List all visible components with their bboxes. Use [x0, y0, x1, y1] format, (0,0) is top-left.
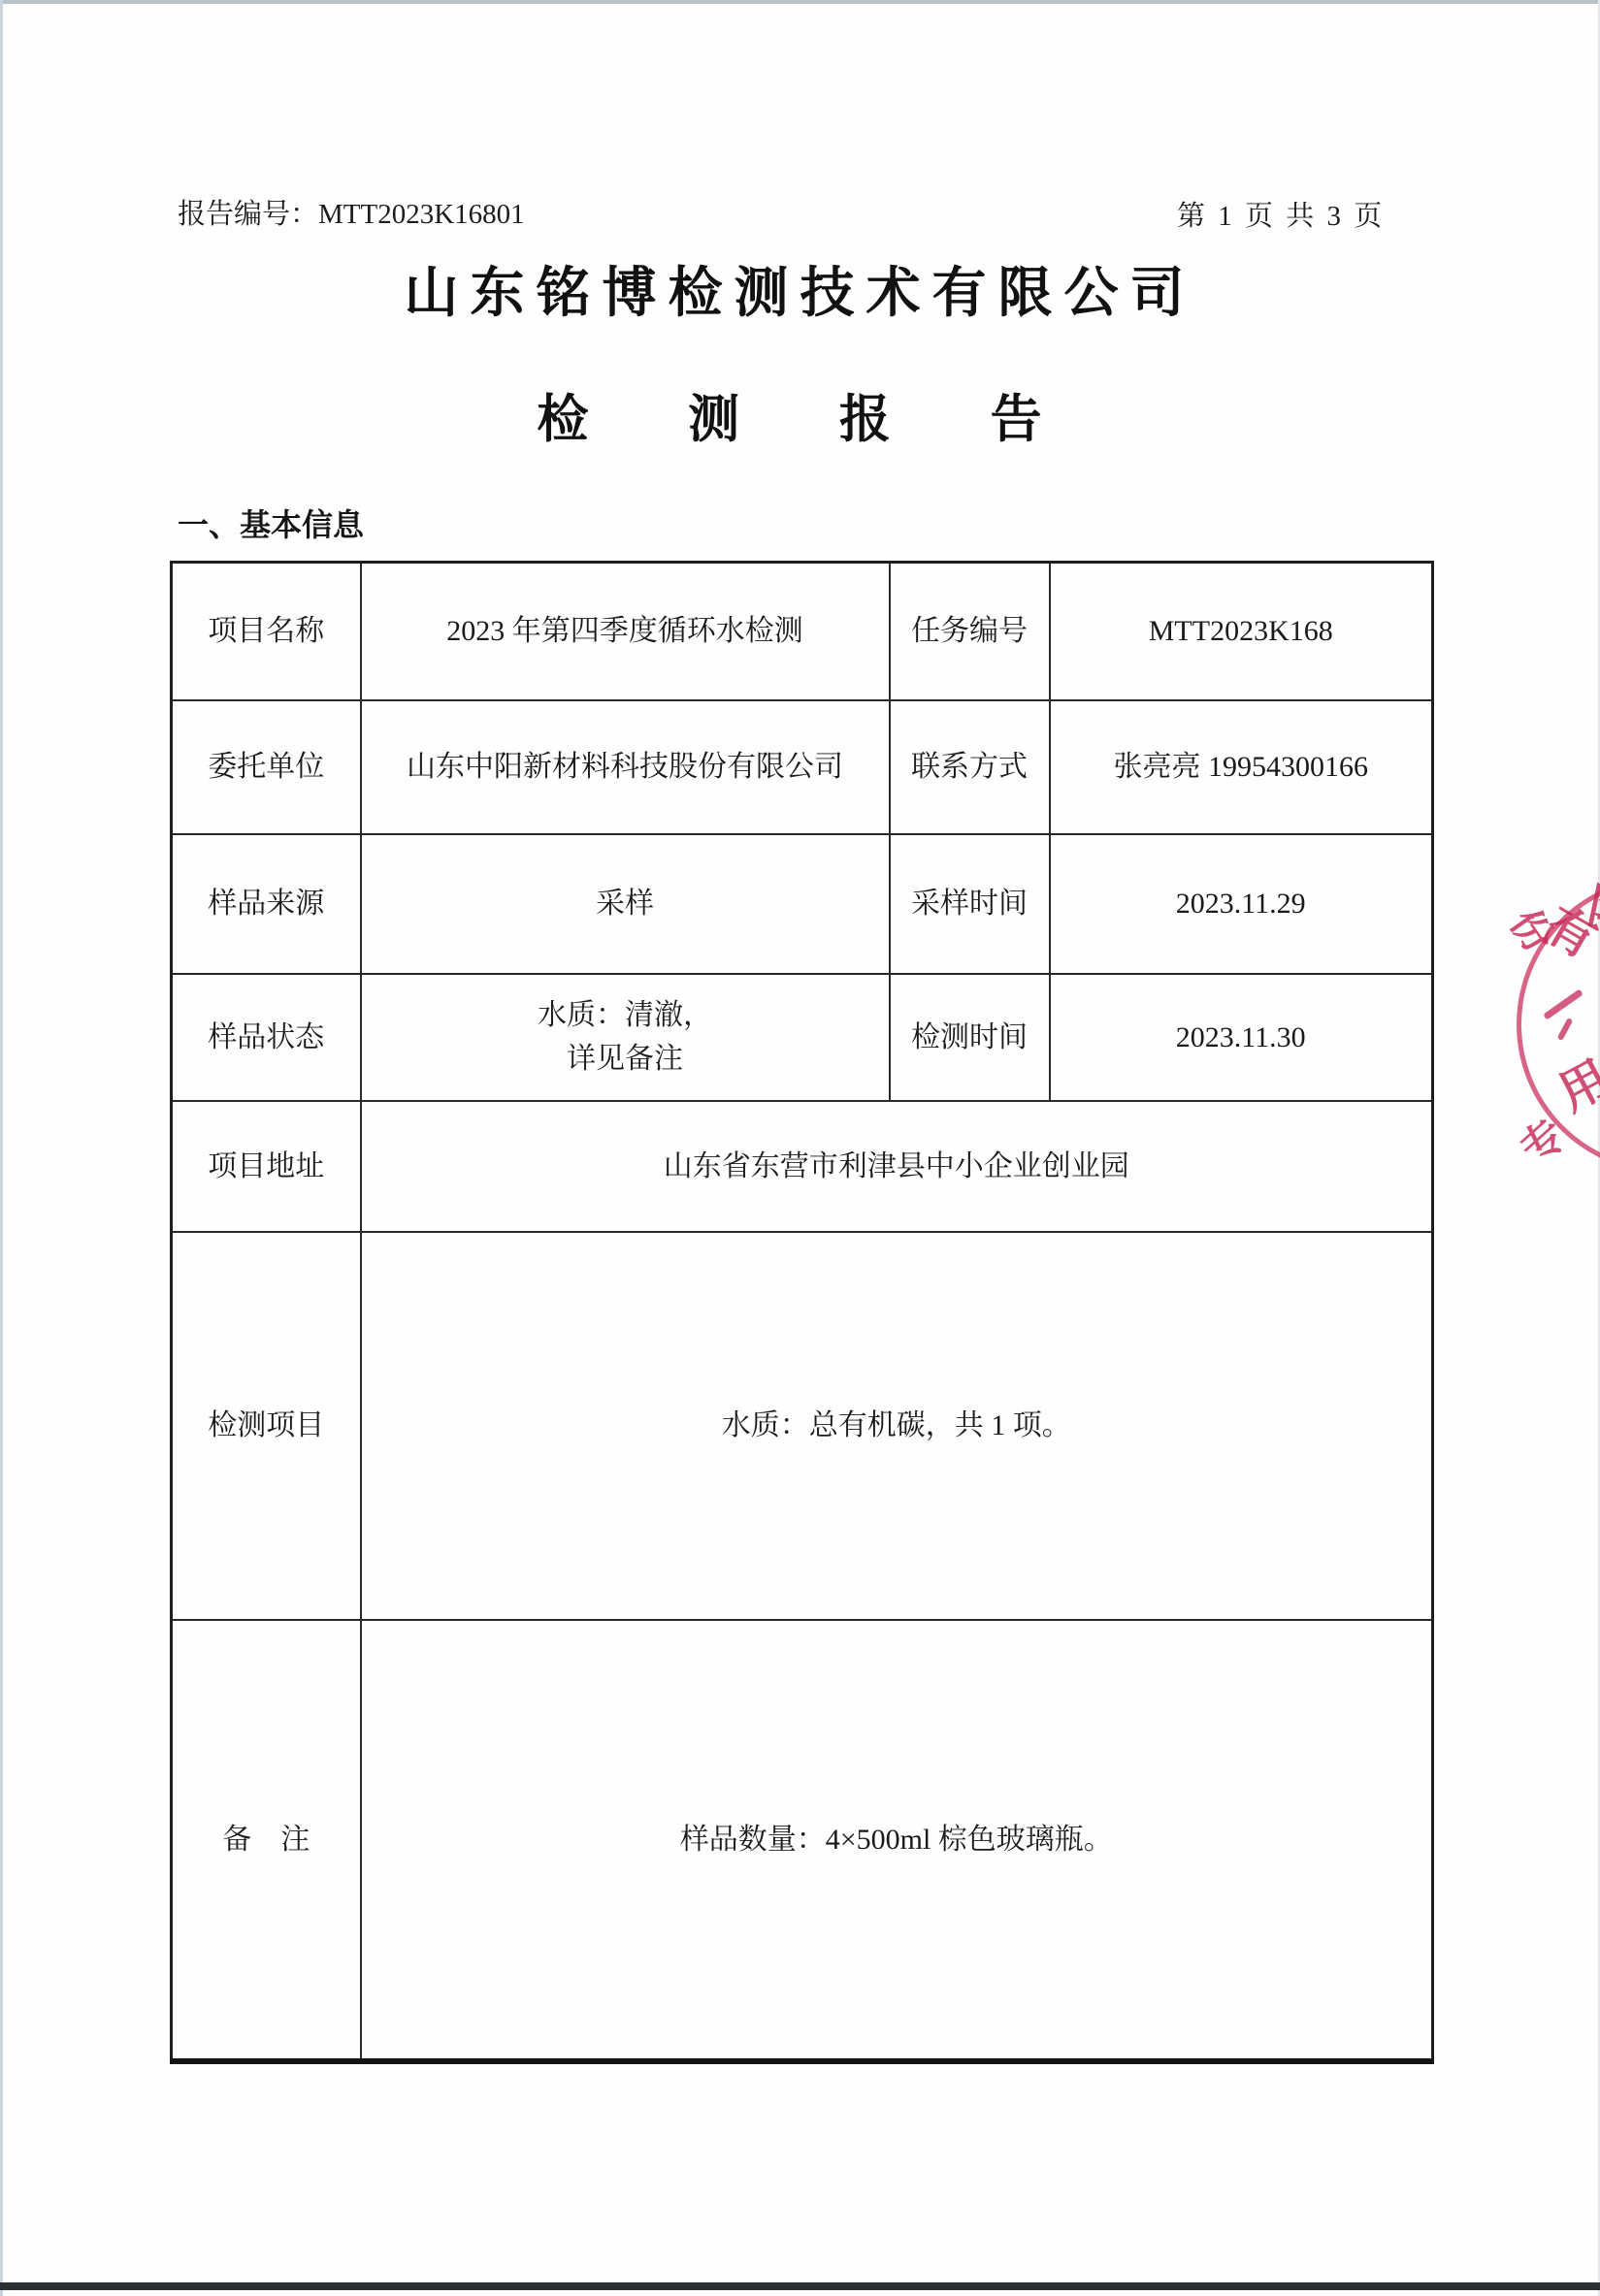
company-title: 山东铭博检测技术有限公司	[0, 250, 1600, 328]
table-row: 检测项目 水质：总有机碳，共 1 项。	[172, 1232, 1433, 1620]
basic-info-table: 项目名称 2023 年第四季度循环水检测 任务编号 MTT2023K168 委托…	[170, 561, 1434, 2064]
table-row: 备 注 样品数量：4×500ml 棕色玻璃瓶。	[172, 1620, 1433, 2061]
report-number: 报告编号：MTT2023K16801	[178, 192, 525, 232]
project-address-label: 项目地址	[172, 1101, 361, 1232]
sampling-time-value: 2023.11.29	[1050, 834, 1433, 974]
task-number-label: 任务编号	[890, 563, 1050, 700]
table-row: 项目地址 山东省东营市利津县中小企业创业园	[172, 1101, 1433, 1232]
test-items-value: 水质：总有机碳，共 1 项。	[361, 1232, 1433, 1620]
project-address-value: 山东省东营市利津县中小企业创业园	[361, 1101, 1433, 1232]
table-row: 样品状态 水质：清澈， 详见备注 检测时间 2023.11.30	[172, 974, 1433, 1101]
section-title-basic-info: 一、基本信息	[178, 501, 364, 545]
remarks-value: 样品数量：4×500ml 棕色玻璃瓶。	[361, 1620, 1433, 2061]
table-row: 样品来源 采样 采样时间 2023.11.29	[172, 834, 1433, 974]
task-number-value: MTT2023K168	[1050, 563, 1433, 700]
table-row: 委托单位 山东中阳新材料科技股份有限公司 联系方式 张亮亮 1995430016…	[172, 700, 1433, 834]
test-items-label: 检测项目	[172, 1232, 361, 1620]
client-label: 委托单位	[172, 700, 361, 834]
sample-source-label: 样品来源	[172, 834, 361, 974]
contact-label: 联系方式	[890, 700, 1050, 834]
document-title: 检 测 报 告	[0, 378, 1600, 452]
contact-value: 张亮亮 19954300166	[1050, 700, 1433, 834]
table-row: 项目名称 2023 年第四季度循环水检测 任务编号 MTT2023K168	[172, 563, 1433, 700]
scan-edge-top	[0, 0, 1600, 4]
test-time-label: 检测时间	[890, 974, 1050, 1101]
project-name-value: 2023 年第四季度循环水检测	[361, 563, 890, 700]
page-number-info: 第 1 页 共 3 页	[1177, 194, 1385, 234]
remarks-label: 备 注	[172, 1620, 361, 2061]
sample-state-label: 样品状态	[172, 974, 361, 1101]
sampling-time-label: 采样时间	[890, 834, 1050, 974]
scan-edge-bottom	[0, 2282, 1600, 2290]
report-number-value: MTT2023K16801	[318, 199, 525, 230]
scan-edge-left	[0, 0, 3, 2296]
report-number-label: 报告编号：	[178, 199, 318, 230]
test-time-value: 2023.11.30	[1050, 974, 1433, 1101]
client-value: 山东中阳新材料科技股份有限公司	[361, 700, 890, 834]
sample-source-value: 采样	[361, 834, 890, 974]
sample-state-value: 水质：清澈， 详见备注	[361, 974, 890, 1101]
report-page: 报告编号：MTT2023K16801 第 1 页 共 3 页 山东铭博检测技术有…	[0, 0, 1600, 2296]
project-name-label: 项目名称	[172, 563, 361, 700]
